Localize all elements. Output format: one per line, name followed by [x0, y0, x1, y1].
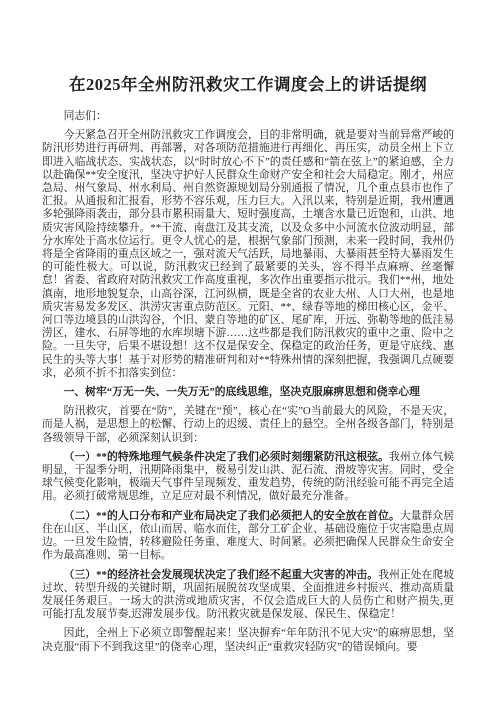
paragraph-bold-lead: （二）**的人口分布和产业布局决定了我们必须把人的安全放在首位。: [64, 510, 400, 522]
paragraph-bold-lead: （三）**的经济社会发展现状决定了我们经不起重大灾害的冲击。: [64, 569, 379, 581]
document-page: 在2025年全州防汛救灾工作调度会上的讲话提纲 同志们： 今天紧急召开全州防汛救…: [0, 0, 500, 707]
paragraph: 因此，全州上下必须立即警醒起来！坚决摒弃“年年防汛不见大灾”的麻痹思想，坚决克服…: [42, 627, 454, 653]
section-heading: 一、树牢“万无一失、一失万无”的底线思维，坚决克服麻痹思想和侥幸心理: [42, 386, 454, 399]
paragraph: （二）**的人口分布和产业布局决定了我们必须把人的安全放在首位。大量群众居住在山…: [42, 510, 454, 563]
document-body: 今天紧急召开全州防汛救灾工作调度会，目的非常明确，就是要对当前异常严峻的防汛形势…: [42, 129, 454, 654]
paragraph-bold-lead: （一）**的特殊地理气候条件决定了我们必须时刻绷紧防汛这根弦。: [64, 451, 389, 463]
paragraph: （一）**的特殊地理气候条件决定了我们必须时刻绷紧防汛这根弦。我州立体气候明显，…: [42, 451, 454, 504]
paragraph: 今天紧急召开全州防汛救灾工作调度会，目的非常明确，就是要对当前异常严峻的防汛形势…: [42, 129, 454, 380]
paragraph: 防汛救灾，首要在“防”，关键在“预”，核心在“实”O当前最大的风险，不是天灾，而…: [42, 405, 454, 445]
salutation: 同志们：: [42, 110, 454, 123]
paragraph: （三）**的经济社会发展现状决定了我们经不起重大灾害的冲击。我州正处在爬坡过坎、…: [42, 569, 454, 622]
document-title: 在2025年全州防汛救灾工作调度会上的讲话提纲: [42, 0, 454, 96]
